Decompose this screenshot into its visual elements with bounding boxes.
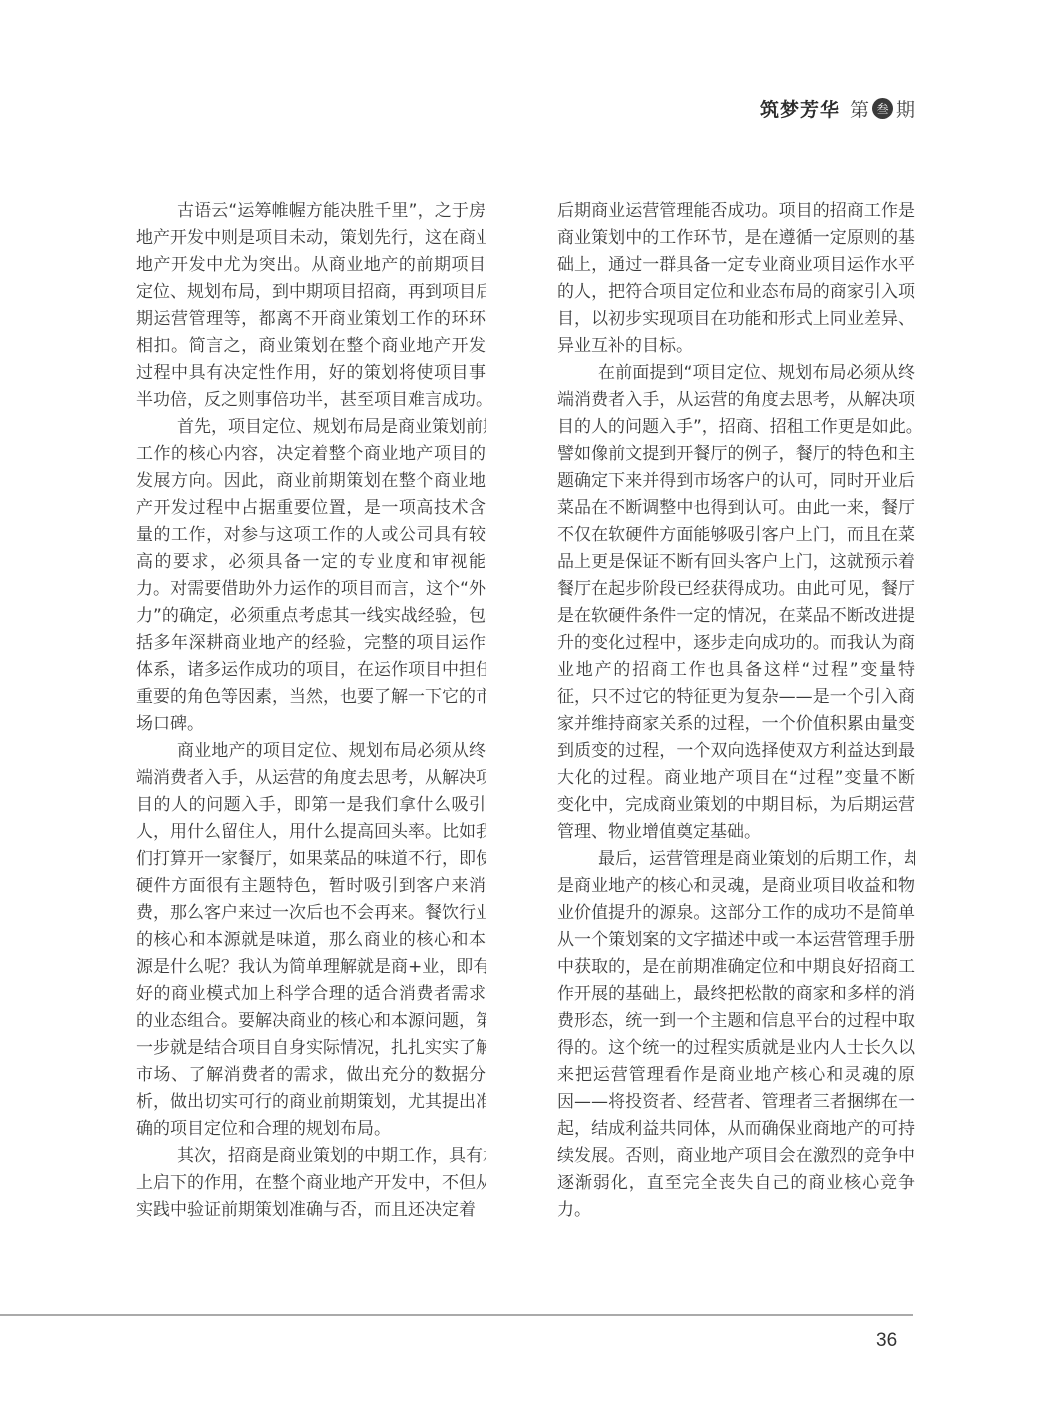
- text-line: 目的人的问题入手，即第一是我们拿什么吸引: [136, 792, 486, 819]
- text-line: 费形态，统一到一个主题和信息平台的过程中取: [557, 1008, 915, 1035]
- text-line: 到质变的过程，一个双向选择使双方利益达到最: [557, 738, 915, 765]
- text-line: 古语云“运筹帷幄方能决胜千里”，之于房: [136, 198, 486, 225]
- text-line: 工作的核心内容，决定着整个商业地产项目的: [136, 441, 486, 468]
- text-line: 市场、了解消费者的需求，做出充分的数据分: [136, 1062, 486, 1089]
- text-line: 础上，通过一群具备一定专业商业项目运作水平: [557, 252, 915, 279]
- right-text-column: 后期商业运营管理能否成功。项目的招商工作是商业策划中的工作环节，是在遵循一定原则…: [557, 198, 915, 1224]
- text-line: 逐渐弱化，直至完全丧失自己的商业核心竞争: [557, 1170, 915, 1197]
- text-line: 半功倍，反之则事倍功半，甚至项目难言成功。: [136, 387, 486, 414]
- text-line: 业地产的招商工作也具备这样“过程”变量特: [557, 657, 915, 684]
- text-line: 目的人的问题入手”，招商、招租工作更是如此。: [557, 414, 915, 441]
- running-header: 筑梦芳华 第 叁 期: [760, 92, 915, 124]
- text-line: 作开展的基础上，最终把松散的商家和多样的消: [557, 981, 915, 1008]
- text-line: 的人，把符合项目定位和业态布局的商家引入项: [557, 279, 915, 306]
- text-line: 升的变化过程中，逐步走向成功的。而我认为商: [557, 630, 915, 657]
- text-line: 从一个策划案的文字描述中或一本运营管理手册: [557, 927, 915, 954]
- text-line: 期运营管理等，都离不开商业策划工作的环环: [136, 306, 486, 333]
- text-line: 譬如像前文提到开餐厅的例子，餐厅的特色和主: [557, 441, 915, 468]
- text-line: 源是什么呢？我认为简单理解就是商+业，即有: [136, 954, 486, 981]
- text-line: 发展方向。因此，商业前期策划在整个商业地: [136, 468, 486, 495]
- text-line: 业价值提升的源泉。这部分工作的成功不是简单: [557, 900, 915, 927]
- text-line: 产开发过程中占据重要位置，是一项高技术含: [136, 495, 486, 522]
- text-line: 人，用什么留住人，用什么提高回头率。比如我: [136, 819, 486, 846]
- text-line: 是商业地产的核心和灵魂，是商业项目收益和物: [557, 873, 915, 900]
- text-line: 硬件方面很有主题特色，暂时吸引到客户来消: [136, 873, 486, 900]
- text-line: 相扣。简言之，商业策划在整个商业地产开发: [136, 333, 486, 360]
- text-line: 中获取的，是在前期准确定位和中期良好招商工: [557, 954, 915, 981]
- text-line: 得的。这个统一的过程实质就是业内人士长久以: [557, 1035, 915, 1062]
- text-line: 最后，运营管理是商业策划的后期工作，却: [557, 846, 915, 873]
- issue-number-badge: 叁: [872, 98, 893, 119]
- text-line: 力。对需要借助外力运作的项目而言，这个“外: [136, 576, 486, 603]
- text-line: 括多年深耕商业地产的经验，完整的项目运作: [136, 630, 486, 657]
- text-line: 上启下的作用，在整个商业地产开发中，不但从: [136, 1170, 486, 1197]
- issue-prefix: 第: [850, 95, 869, 122]
- text-line: 析，做出切实可行的商业前期策划，尤其提出准: [136, 1089, 486, 1116]
- paragraph: 首先，项目定位、规划布局是商业策划前期工作的核心内容，决定着整个商业地产项目的发…: [136, 414, 486, 738]
- text-line: 其次，招商是商业策划的中期工作，具有承: [136, 1143, 486, 1170]
- text-line: 品上更是保证不断有回头客户上门，这就预示着: [557, 549, 915, 576]
- text-line: 题确定下来并得到市场客户的认可，同时开业后: [557, 468, 915, 495]
- text-line: 高的要求，必须具备一定的专业度和审视能: [136, 549, 486, 576]
- footer-divider: [0, 1314, 913, 1316]
- text-line: 的核心和本源就是味道，那么商业的核心和本: [136, 927, 486, 954]
- text-line: 不仅在软硬件方面能够吸引客户上门，而且在菜: [557, 522, 915, 549]
- text-line: 大化的过程。商业地产项目在“过程”变量不断: [557, 765, 915, 792]
- text-line: 来把运营管理看作是商业地产核心和灵魂的原: [557, 1062, 915, 1089]
- text-line: 过程中具有决定性作用，好的策划将使项目事: [136, 360, 486, 387]
- left-text-column: 古语云“运筹帷幄方能决胜千里”，之于房地产开发中则是项目未动，策划先行，这在商业…: [136, 198, 486, 1224]
- paragraph: 最后，运营管理是商业策划的后期工作，却是商业地产的核心和灵魂，是商业项目收益和物…: [557, 846, 915, 1224]
- text-line: 力。: [557, 1197, 915, 1224]
- text-line: 变化中，完成商业策划的中期目标，为后期运营: [557, 792, 915, 819]
- text-line: 场口碑。: [136, 711, 486, 738]
- text-line: 目，以初步实现项目在功能和形式上同业差异、: [557, 306, 915, 333]
- text-line: 在前面提到“项目定位、规划布局必须从终: [557, 360, 915, 387]
- text-line: 们打算开一家餐厅，如果菜品的味道不行，即使: [136, 846, 486, 873]
- text-line: 确的项目定位和合理的规划布局。: [136, 1116, 486, 1143]
- text-line: 地产开发中则是项目未动，策划先行，这在商业: [136, 225, 486, 252]
- issue-suffix: 期: [896, 95, 915, 122]
- text-line: 力”的确定，必须重点考虑其一线实战经验，包: [136, 603, 486, 630]
- page-number: 36: [876, 1330, 897, 1352]
- text-line: 因——将投资者、经营者、管理者三者捆绑在一: [557, 1089, 915, 1116]
- text-line: 异业互补的目标。: [557, 333, 915, 360]
- text-line: 餐厅在起步阶段已经获得成功。由此可见，餐厅: [557, 576, 915, 603]
- paragraph: 商业地产的项目定位、规划布局必须从终端消费者入手，从运营的角度去思考，从解决项目…: [136, 738, 486, 1143]
- text-line: 续发展。否则，商业地产项目会在激烈的竞争中: [557, 1143, 915, 1170]
- text-line: 重要的角色等因素，当然，也要了解一下它的市: [136, 684, 486, 711]
- text-line: 商业地产的项目定位、规划布局必须从终: [136, 738, 486, 765]
- paragraph: 在前面提到“项目定位、规划布局必须从终端消费者入手，从运营的角度去思考，从解决项…: [557, 360, 915, 846]
- text-line: 后期商业运营管理能否成功。项目的招商工作是: [557, 198, 915, 225]
- text-line: 地产开发中尤为突出。从商业地产的前期项目: [136, 252, 486, 279]
- text-line: 起，结成利益共同体，从而确保业商地产的可持: [557, 1116, 915, 1143]
- text-line: 家并维持商家关系的过程，一个价值积累由量变: [557, 711, 915, 738]
- text-line: 定位、规划布局，到中期项目招商，再到项目后: [136, 279, 486, 306]
- text-line: 实践中验证前期策划准确与否，而且还决定着: [136, 1197, 486, 1224]
- text-line: 征，只不过它的特征更为复杂——是一个引入商: [557, 684, 915, 711]
- magazine-title: 筑梦芳华: [760, 95, 840, 122]
- text-line: 量的工作，对参与这项工作的人或公司具有较: [136, 522, 486, 549]
- paragraph: 后期商业运营管理能否成功。项目的招商工作是商业策划中的工作环节，是在遵循一定原则…: [557, 198, 915, 360]
- text-line: 体系，诸多运作成功的项目，在运作项目中担任: [136, 657, 486, 684]
- text-line: 是在软硬件条件一定的情况，在菜品不断改进提: [557, 603, 915, 630]
- text-line: 一步就是结合项目自身实际情况，扎扎实实了解: [136, 1035, 486, 1062]
- paragraph: 古语云“运筹帷幄方能决胜千里”，之于房地产开发中则是项目未动，策划先行，这在商业…: [136, 198, 486, 414]
- text-line: 菜品在不断调整中也得到认可。由此一来，餐厅: [557, 495, 915, 522]
- paragraph: 其次，招商是商业策划的中期工作，具有承上启下的作用，在整个商业地产开发中，不但从…: [136, 1143, 486, 1224]
- text-line: 首先，项目定位、规划布局是商业策划前期: [136, 414, 486, 441]
- text-line: 商业策划中的工作环节，是在遵循一定原则的基: [557, 225, 915, 252]
- text-line: 费，那么客户来过一次后也不会再来。餐饮行业: [136, 900, 486, 927]
- text-line: 端消费者入手，从运营的角度去思考，从解决项: [557, 387, 915, 414]
- text-line: 管理、物业增值奠定基础。: [557, 819, 915, 846]
- text-line: 好的商业模式加上科学合理的适合消费者需求: [136, 981, 486, 1008]
- text-line: 端消费者入手，从运营的角度去思考，从解决项: [136, 765, 486, 792]
- text-line: 的业态组合。要解决商业的核心和本源问题，第: [136, 1008, 486, 1035]
- issue-label: 第 叁 期: [850, 95, 915, 122]
